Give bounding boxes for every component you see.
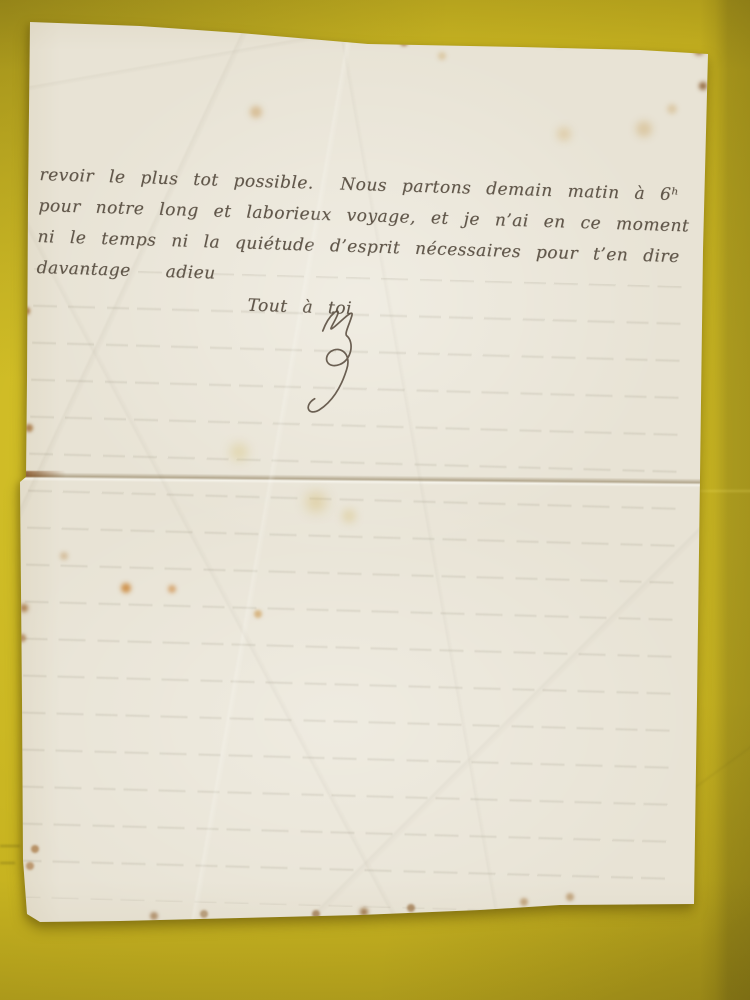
signature-flourish bbox=[292, 300, 406, 421]
ink-showthrough-lines bbox=[16, 268, 683, 916]
letter-line-4: davantage adieu bbox=[36, 253, 717, 305]
letter-sheet: revoir le plus tot possible. Nous parton… bbox=[0, 0, 750, 1000]
aged-paper: revoir le plus tot possible. Nous parton… bbox=[0, 0, 750, 1000]
fold-rust-stain bbox=[20, 471, 66, 477]
fold-crease bbox=[20, 472, 700, 488]
letter-text: revoir le plus tot possible. Nous parton… bbox=[35, 160, 720, 336]
foxing-stains bbox=[0, 0, 8, 8]
letter-line-3: ni le temps ni la quiétude d’esprit néce… bbox=[37, 222, 718, 274]
letter-closing: Tout à toi bbox=[247, 291, 716, 337]
letter-line-1: revoir le plus tot possible. Nous parton… bbox=[39, 160, 720, 212]
photograph-of-letter: revoir le plus tot possible. Nous parton… bbox=[0, 0, 750, 1000]
letter-line-2: pour notre long et laborieux voyage, et … bbox=[38, 191, 719, 243]
